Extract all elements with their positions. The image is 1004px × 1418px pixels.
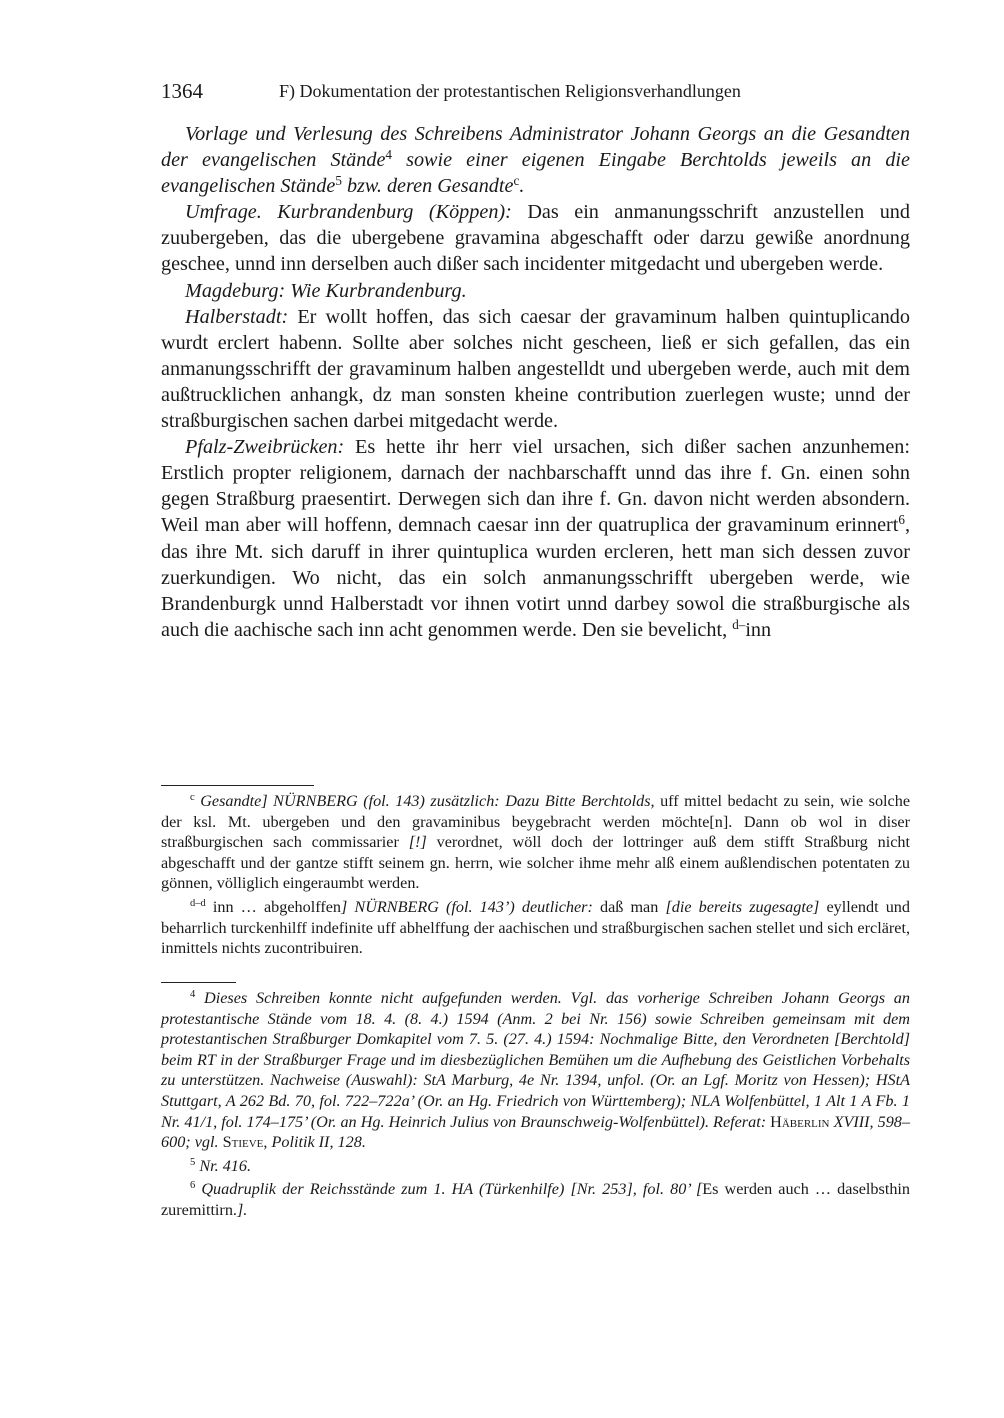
running-title: F) Dokumentation der protestantischen Re… xyxy=(279,81,741,102)
main-text: Vorlage und Verlesung des Schreibens Adm… xyxy=(161,121,910,643)
commentary-footnotes: 4 Dieses Schreiben konnte nicht aufgefun… xyxy=(161,988,910,1221)
note-italic-2: ]. xyxy=(237,1201,247,1219)
textual-note-c: c Gesandte] NÜRNBERG (fol. 143) zusätzli… xyxy=(161,791,910,894)
textual-note-marker-d[interactable]: d– xyxy=(732,617,745,632)
vote-text-3: inn xyxy=(745,619,771,641)
paragraph-magdeburg: Magdeburg: Wie Kurbrandenburg. xyxy=(161,278,910,304)
note-text: daß man xyxy=(593,898,666,916)
paragraph-halberstadt: Halberstadt: Er wollt hoffen, das sich c… xyxy=(161,304,910,434)
intro-text-4: . xyxy=(519,175,524,197)
textual-note-d: d–d inn … abgeholffen] NÜRNBERG (fol. 14… xyxy=(161,897,910,959)
page-header: 1364 F) Dokumentation der protestantisch… xyxy=(161,79,910,107)
note-italic: [!] xyxy=(409,833,427,851)
note-italic-2: [die bereits zugesagte] xyxy=(665,898,819,916)
note-lemma: Gesandte] NÜRNBERG (fol. 143) zusätzlich… xyxy=(195,792,655,810)
footnote-divider-commentary xyxy=(161,982,236,983)
paragraph-kurbrandenburg: Umfrage. Kurbrandenburg (Köppen): Das ei… xyxy=(161,199,910,277)
textual-notes: c Gesandte] NÜRNBERG (fol. 143) zusätzli… xyxy=(161,791,910,959)
author-name: Häberlin xyxy=(766,1113,829,1131)
footnote-5: 5 Nr. 416. xyxy=(161,1156,910,1177)
page-number: 1364 xyxy=(161,79,203,104)
speaker-label: Magdeburg: Wie Kurbrandenburg. xyxy=(185,280,467,302)
note-italic: Quadruplik der Reichsstände zum 1. HA (T… xyxy=(195,1180,702,1198)
note-lemma: inn … abgeholffen xyxy=(206,898,341,916)
speaker-label: Pfalz-Zweibrücken: xyxy=(185,436,344,458)
footnote-6: 6 Quadruplik der Reichsstände zum 1. HA … xyxy=(161,1179,910,1220)
note-italic-3: Politik II, 128. xyxy=(267,1133,365,1151)
note-italic: Nr. 416. xyxy=(195,1157,251,1175)
paragraph-intro: Vorlage und Verlesung des Schreibens Adm… xyxy=(161,121,910,199)
paragraph-pfalz-zweibruecken: Pfalz-Zweibrücken: Es hette ihr herr vie… xyxy=(161,434,910,643)
note-italic: ] NÜRNBERG (fol. 143’) deutlicher: xyxy=(341,898,593,916)
footnote-4: 4 Dieses Schreiben konnte nicht aufgefun… xyxy=(161,988,910,1153)
intro-text-3: bzw. deren Gesandte xyxy=(342,175,514,197)
speaker-label: Umfrage. Kurbrandenburg (Köppen): xyxy=(185,201,512,223)
note-italic: Dieses Schreiben konnte nicht aufgefunde… xyxy=(161,989,910,1131)
footnote-divider-textual xyxy=(161,785,314,786)
author-name-2: Stieve xyxy=(219,1133,264,1151)
speaker-label: Halberstadt: xyxy=(185,306,288,328)
note-mark: d–d xyxy=(190,898,206,909)
